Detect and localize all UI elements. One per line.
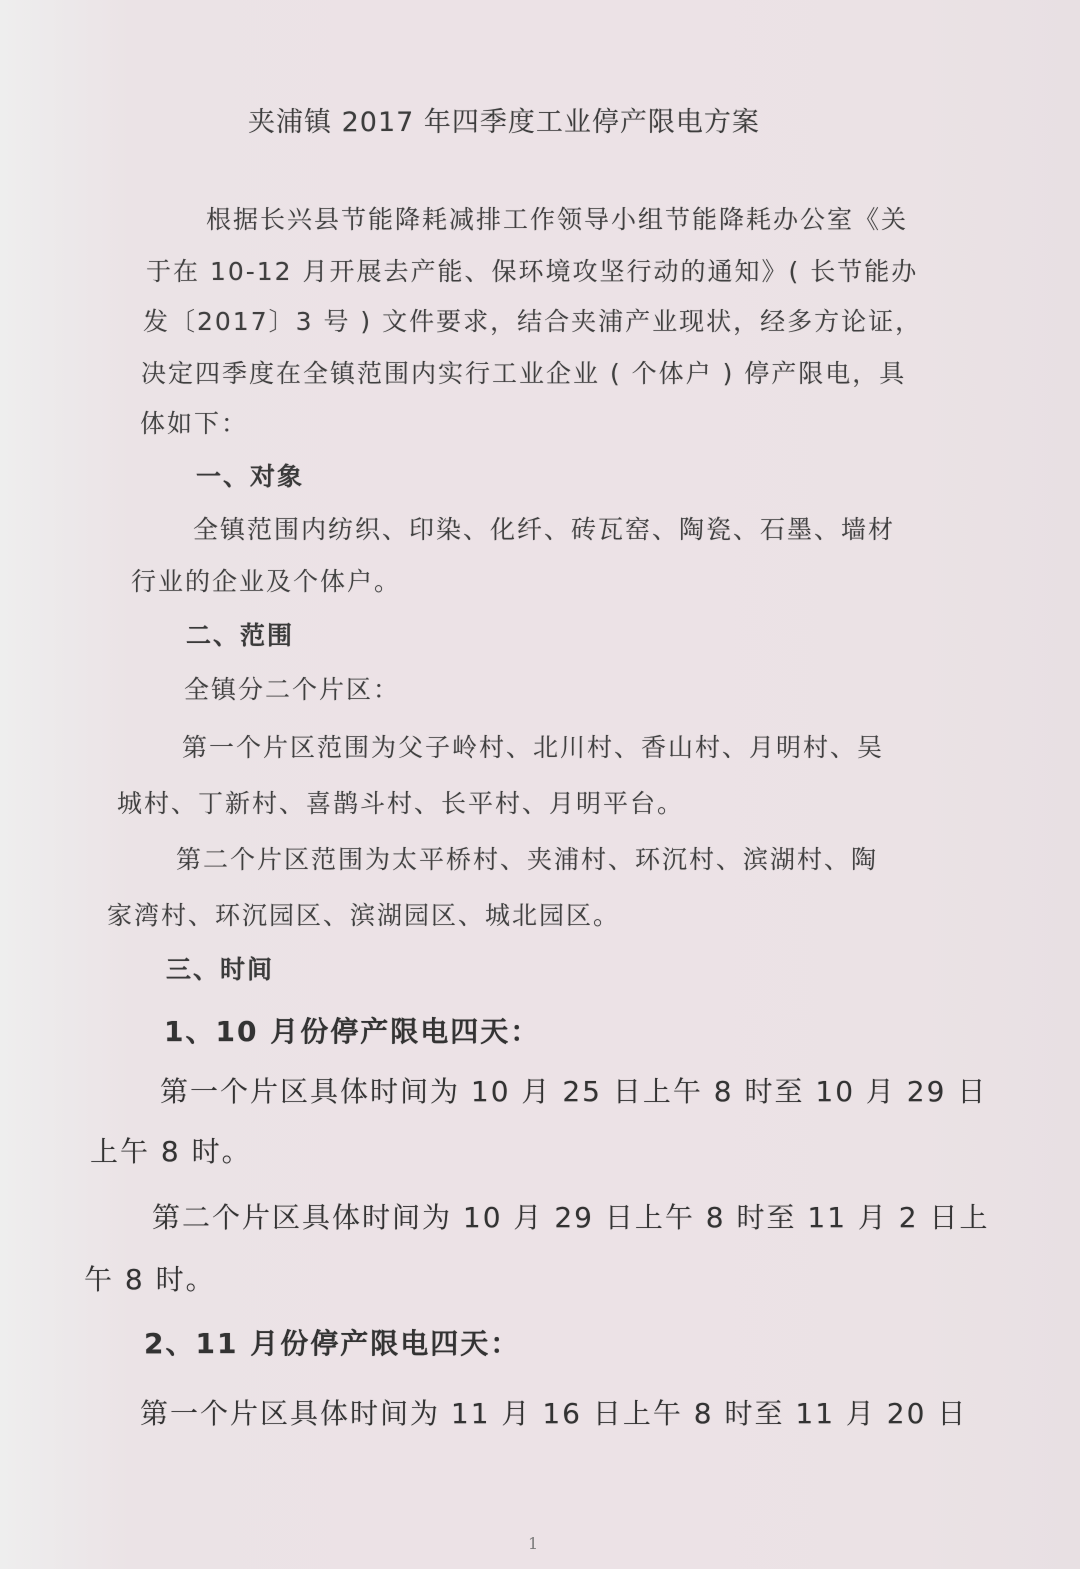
section-heading-time: 三、时间: [166, 950, 274, 986]
document-page: 夹浦镇 2017 年四季度工业停产限电方案 根据长兴县节能降耗减排工作领导小组节…: [0, 0, 1080, 1569]
november-zone-1-line-1: 第一个片区具体时间为 11 月 16 日上午 8 时至 11 月 20 日: [140, 1392, 967, 1432]
subsection-november-heading: 2、11 月份停产限电四天：: [144, 1322, 520, 1362]
intro-line-3: 发〔2017〕3 号 ) 文件要求，结合夹浦产业现状，经多方论证，: [143, 302, 922, 338]
section-heading-objects: 一、对象: [196, 457, 304, 493]
intro-line-5: 体如下：: [140, 404, 248, 440]
intro-line-1: 根据长兴县节能降耗减排工作领导小组节能降耗办公室《关: [206, 200, 908, 236]
section-1-line-2: 行业的企业及个体户。: [131, 562, 401, 598]
section-2-line-4: 第二个片区范围为太平桥村、夹浦村、环沉村、滨湖村、陶: [176, 840, 878, 876]
october-zone-2-line-1: 第二个片区具体时间为 10 月 29 日上午 8 时至 11 月 2 日上: [152, 1196, 990, 1236]
section-2-line-3: 城村、丁新村、喜鹊斗村、长平村、月明平台。: [117, 784, 684, 820]
october-zone-1-line-2: 上午 8 时。: [90, 1130, 252, 1170]
section-1-line-1: 全镇范围内纺织、印染、化纤、砖瓦窑、陶瓷、石墨、墙材: [193, 510, 895, 546]
section-2-line-5: 家湾村、环沉园区、滨湖园区、城北园区。: [107, 896, 620, 932]
section-heading-scope: 二、范围: [186, 616, 294, 652]
subsection-october-heading: 1、10 月份停产限电四天：: [164, 1010, 540, 1050]
october-zone-1-line-1: 第一个片区具体时间为 10 月 25 日上午 8 时至 10 月 29 日: [160, 1070, 987, 1110]
page-number: 1: [528, 1534, 538, 1553]
document-title: 夹浦镇 2017 年四季度工业停产限电方案: [248, 100, 760, 139]
october-zone-2-line-2: 午 8 时。: [84, 1258, 216, 1298]
section-2-line-2: 第一个片区范围为父子岭村、北川村、香山村、月明村、吴: [182, 728, 884, 764]
intro-line-2: 于在 10-12 月开展去产能、保环境攻坚行动的通知》( 长节能办: [146, 252, 918, 288]
section-2-line-1: 全镇分二个片区：: [184, 670, 400, 706]
intro-line-4: 决定四季度在全镇范围内实行工业企业 ( 个体户 ) 停产限电，具: [141, 354, 906, 390]
